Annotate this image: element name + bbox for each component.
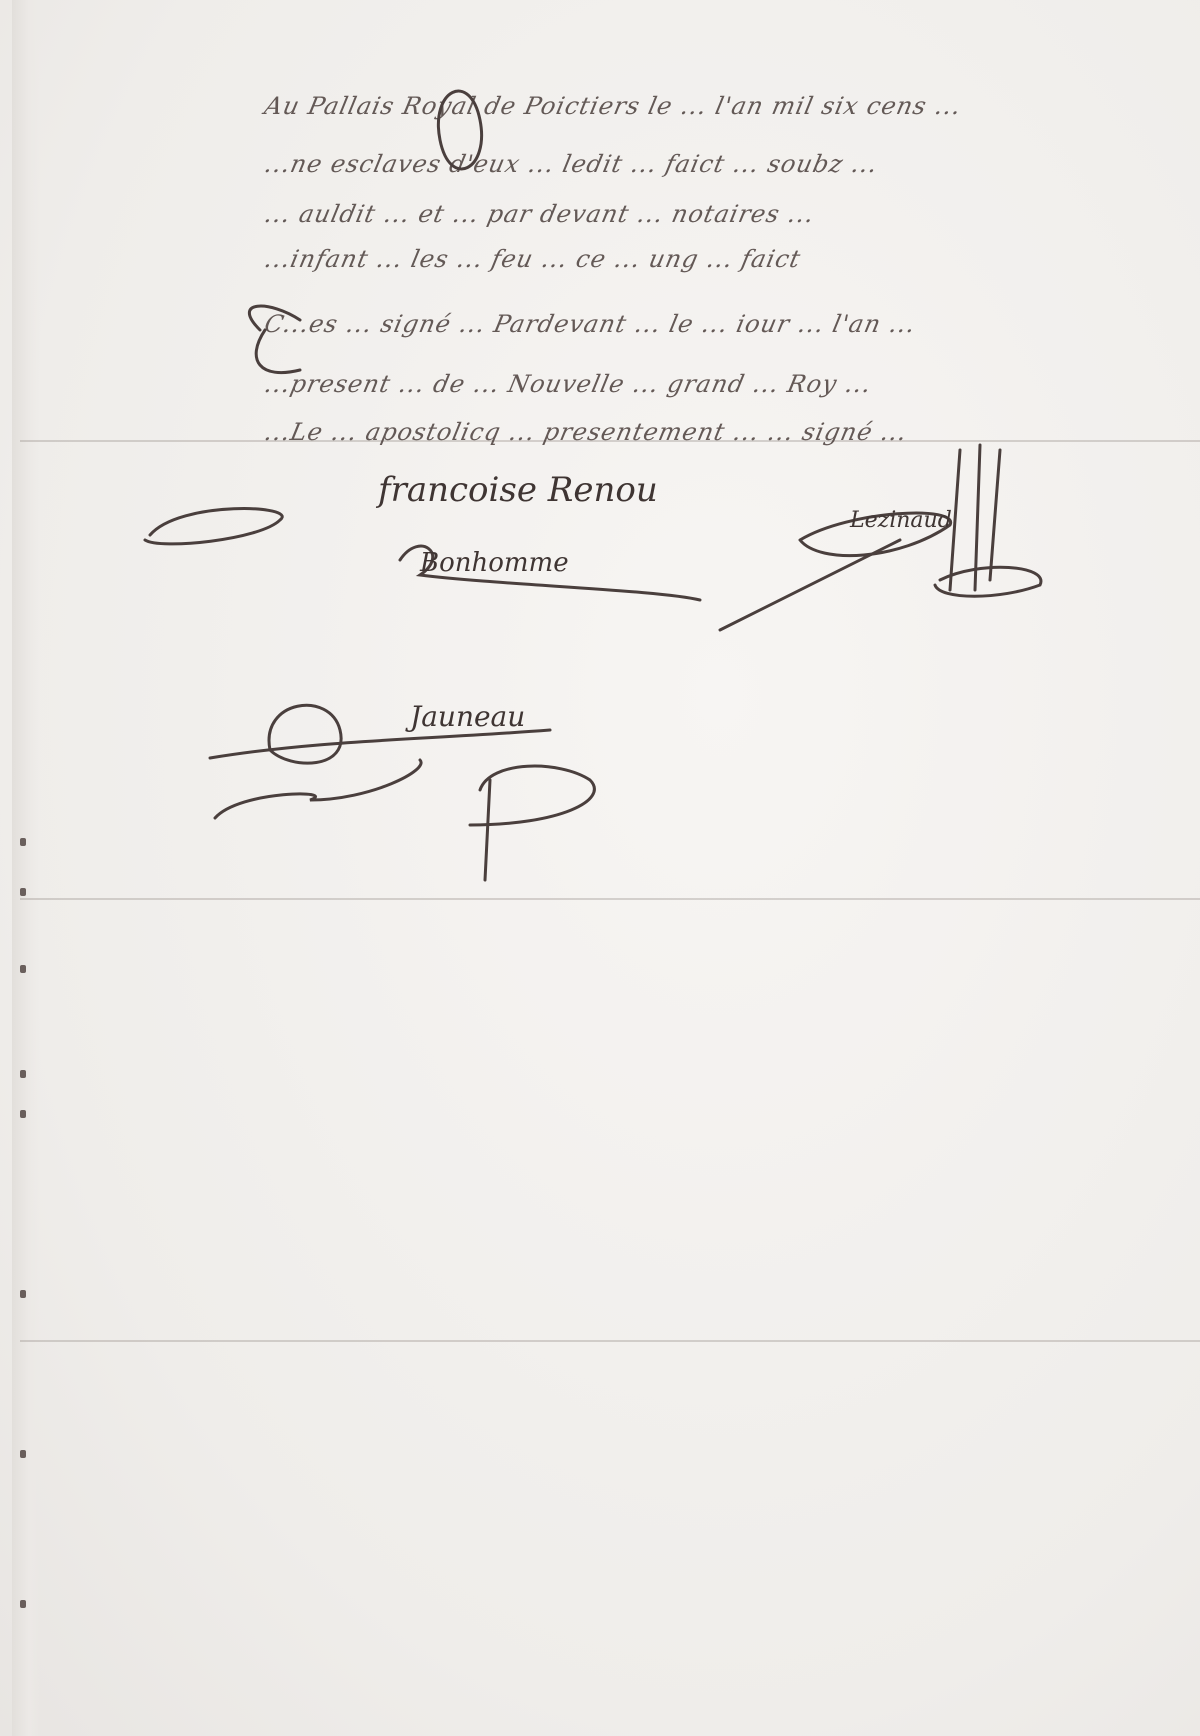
signature-flourishes — [0, 0, 1200, 1736]
signature-francoise-renou: francoise Renou — [378, 470, 658, 510]
signature-bonhomme: Bonhomme — [420, 548, 569, 578]
signature-lezinaud: Lezinaud — [850, 508, 952, 533]
manuscript-page: Au Pallais Royal de Poictiers le ... l'a… — [0, 0, 1200, 1736]
signature-jauneau: Jauneau — [410, 700, 525, 733]
